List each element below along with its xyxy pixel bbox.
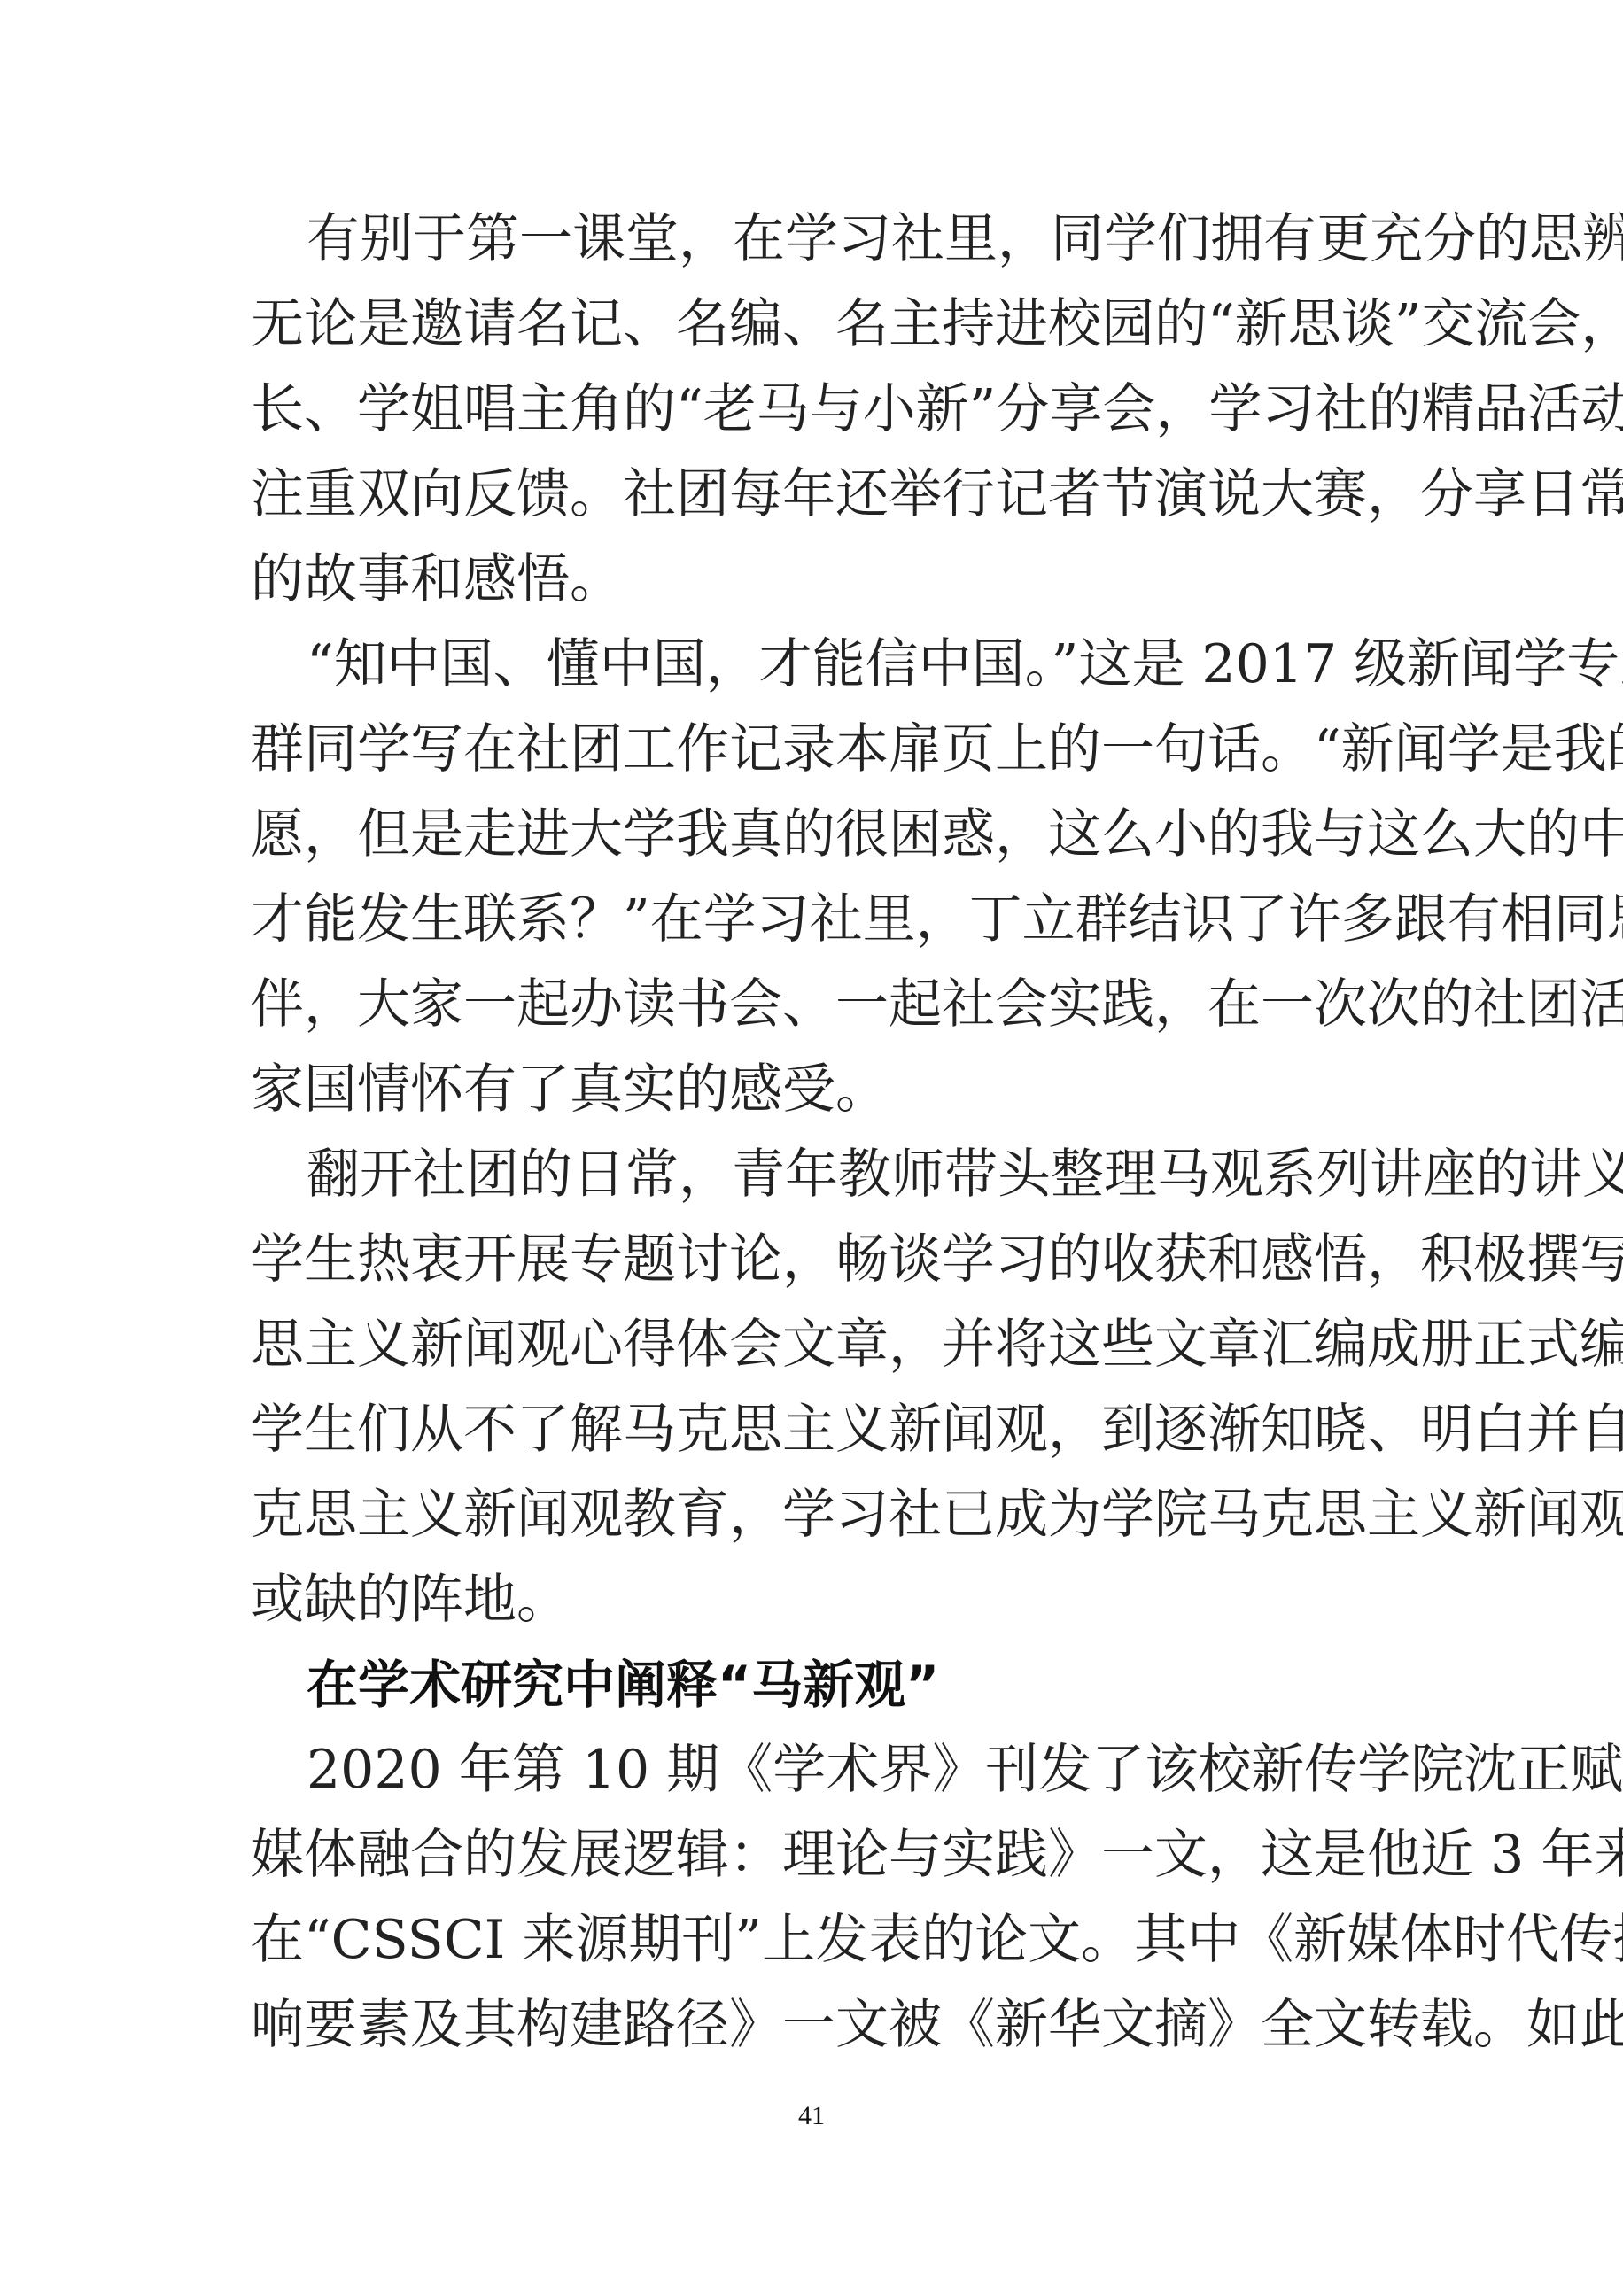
paragraph-3: 翻开社团的日常，青年教师带头整理马观系列讲座的讲义，青年 学生热衷开展专题讨论，… bbox=[251, 1132, 1374, 1642]
section-heading-text: 在学术研究中阐释“马新观” bbox=[251, 1642, 1374, 1727]
text-line: 家国情怀有了真实的感受。 bbox=[251, 1047, 1374, 1132]
text-line: 翻开社团的日常，青年教师带头整理马观系列讲座的讲义，青年 bbox=[251, 1132, 1374, 1217]
text-line: 2020 年第 10 期《学术界》刊发了该校新传学院沈正赋教授的《论 bbox=[251, 1727, 1374, 1812]
text-line: 响要素及其构建路径》一文被《新华文摘》全文转载。如此高质量的 bbox=[251, 1982, 1374, 2067]
text-line: 思主义新闻观心得体会文章，并将这些文章汇编成册正式编辑出版。 bbox=[251, 1302, 1374, 1387]
section-heading: 在学术研究中阐释“马新观” bbox=[251, 1642, 1374, 1727]
text-line: 克思主义新闻观教育，学习社已成为学院马克思主义新闻观教育不可 bbox=[251, 1472, 1374, 1557]
paragraph-1: 有别于第一课堂，在学习社里，同学们拥有更充分的思辨空间。 无论是邀请名记、名编、… bbox=[251, 197, 1374, 622]
text-line: 群同学写在社团工作记录本扉页上的一句话。“新闻学是我的第一志 bbox=[251, 707, 1374, 792]
text-line: 才能发生联系？”在学习社里，丁立群结识了许多跟有相同思考的同 bbox=[251, 877, 1374, 962]
text-line: 的故事和感悟。 bbox=[251, 537, 1374, 622]
paragraph-4: 2020 年第 10 期《学术界》刊发了该校新传学院沈正赋教授的《论 媒体融合的… bbox=[251, 1727, 1374, 2067]
text-line: 学生们从不了解马克思主义新闻观，到逐渐知晓、明白并自觉接受马 bbox=[251, 1387, 1374, 1472]
paragraph-2: “知中国、懂中国，才能信中国。”这是 2017 级新闻学专业丁立 群同学写在社团… bbox=[251, 622, 1374, 1132]
page-number: 41 bbox=[0, 2101, 1623, 2131]
text-line: 伴，大家一起办读书会、一起社会实践，在一次次的社团活动中，对 bbox=[251, 962, 1374, 1047]
text-line: 长、学姐唱主角的“老马与小新”分享会，学习社的精品活动都特别 bbox=[251, 367, 1374, 452]
text-line: 学生热衷开展专题讨论，畅谈学习的收获和感悟，积极撰写学习马克 bbox=[251, 1217, 1374, 1302]
document-page: 有别于第一课堂，在学习社里，同学们拥有更充分的思辨空间。 无论是邀请名记、名编、… bbox=[0, 0, 1623, 2296]
text-line: 注重双向反馈。社团每年还举行记者节演说大赛，分享日常学习实践 bbox=[251, 452, 1374, 537]
text-line: 或缺的阵地。 bbox=[251, 1557, 1374, 1642]
text-line: 愿，但是走进大学我真的很困惑，这么小的我与这么大的中国，怎样 bbox=[251, 792, 1374, 877]
text-line: 无论是邀请名记、名编、名主持进校园的“新思谈”交流会，还是学 bbox=[251, 282, 1374, 367]
text-line: 有别于第一课堂，在学习社里，同学们拥有更充分的思辨空间。 bbox=[251, 197, 1374, 282]
text-line: “知中国、懂中国，才能信中国。”这是 2017 级新闻学专业丁立 bbox=[251, 622, 1374, 707]
text-line: 媒体融合的发展逻辑：理论与实践》一文，这是他近 3 年来第 17 篇 bbox=[251, 1812, 1374, 1897]
page-body: 有别于第一课堂，在学习社里，同学们拥有更充分的思辨空间。 无论是邀请名记、名编、… bbox=[251, 197, 1374, 2067]
text-line: 在“CSSCI 来源期刊”上发表的论文。其中《新媒体时代传播力的影 bbox=[251, 1897, 1374, 1982]
